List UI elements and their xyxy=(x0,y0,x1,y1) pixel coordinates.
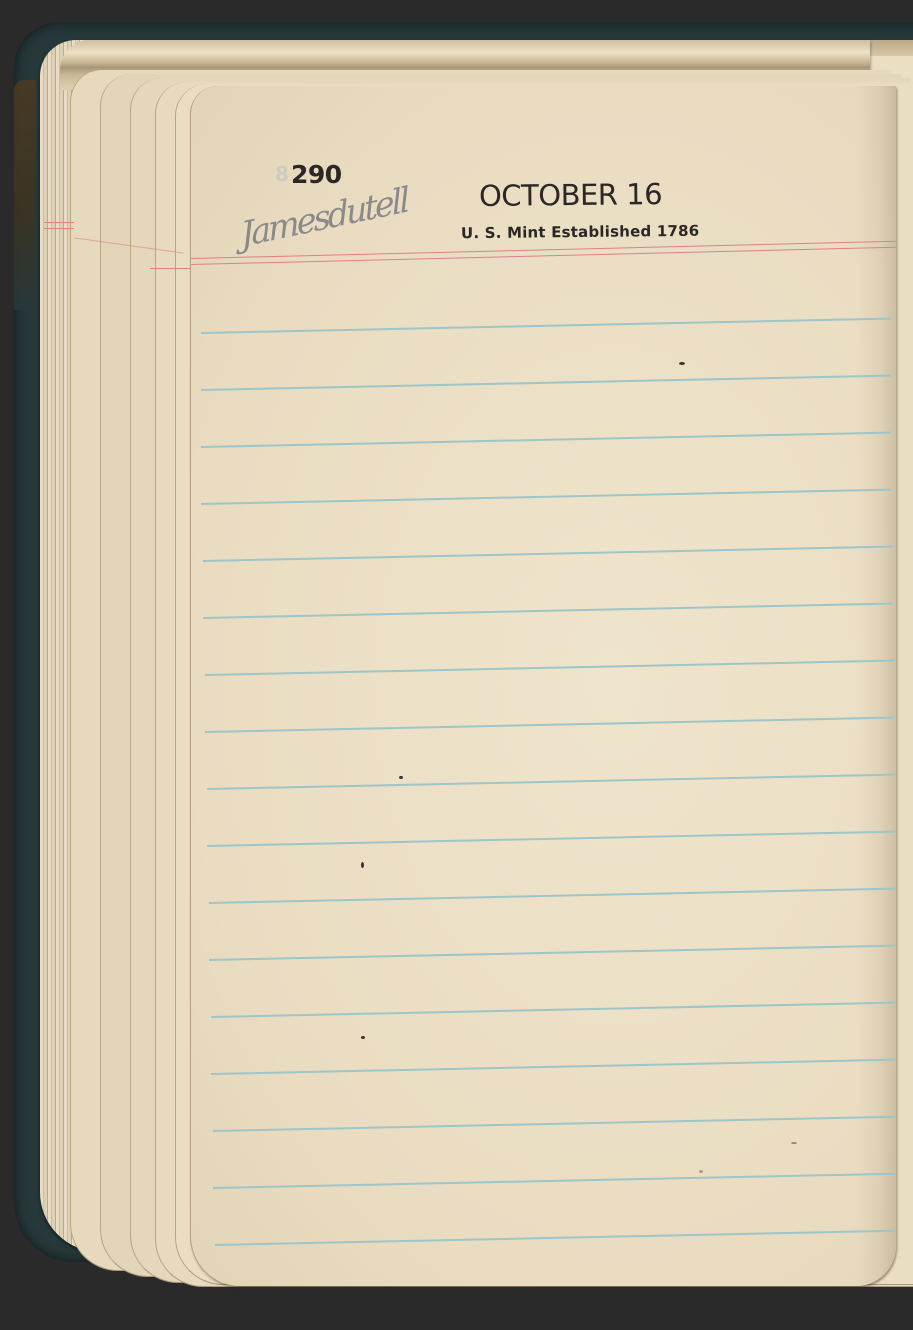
ruled-line[interactable] xyxy=(203,603,893,619)
ruled-line[interactable] xyxy=(211,1002,896,1018)
edge-header-rule xyxy=(44,228,74,229)
ruled-line[interactable] xyxy=(207,774,896,790)
ruled-line[interactable] xyxy=(201,318,891,334)
ruled-line[interactable] xyxy=(211,1059,896,1075)
ruled-line[interactable] xyxy=(207,831,896,847)
edge-header-rule xyxy=(44,222,74,223)
date-heading: OCTOBER 16 xyxy=(479,177,662,213)
ruled-line[interactable] xyxy=(201,432,891,448)
cover-wear xyxy=(14,80,36,310)
historical-note: U. S. Mint Established 1786 xyxy=(461,222,700,242)
ruled-line[interactable] xyxy=(209,945,896,961)
ruled-line[interactable] xyxy=(209,888,896,904)
ruled-line[interactable] xyxy=(213,1116,896,1132)
edge-header-rule xyxy=(150,268,190,269)
page-number: 290 xyxy=(291,160,342,189)
ruled-line[interactable] xyxy=(213,1173,896,1189)
handwritten-signature: Jamesdutell xyxy=(239,180,408,256)
ruled-line[interactable] xyxy=(201,375,891,391)
ruled-line[interactable] xyxy=(205,717,895,733)
ruled-line[interactable] xyxy=(203,546,893,562)
ghost-print: 8 xyxy=(275,162,289,186)
ruled-line[interactable] xyxy=(201,489,891,505)
page-curl-shadow xyxy=(856,86,896,1286)
ruled-line[interactable] xyxy=(215,1230,896,1246)
diary-page: 8 290 OCTOBER 16 U. S. Mint Established … xyxy=(190,86,896,1286)
ruled-line[interactable] xyxy=(205,660,895,676)
